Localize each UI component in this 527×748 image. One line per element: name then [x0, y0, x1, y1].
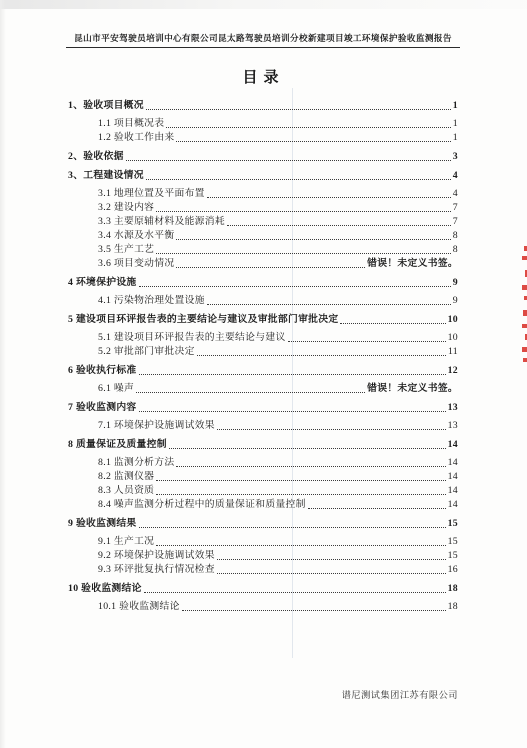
- header-title: 昆山市平安驾驶员培训中心有限公司昆太路驾驶员培训分校新建项目竣工环境保护验收监测…: [74, 33, 452, 43]
- dotted-leader: [169, 448, 446, 449]
- toc-entry-page: 1: [453, 99, 458, 113]
- toc-entry-page: 4: [453, 169, 458, 183]
- toc-entry-label: 3.3 主要原辅材料及能源消耗: [98, 215, 225, 229]
- dotted-leader: [217, 429, 446, 430]
- toc-entry: 3.6 项目变动情况 错误！未定义书签。: [68, 257, 458, 271]
- dotted-leader: [139, 286, 451, 287]
- page-header: 昆山市平安驾驶员培训中心有限公司昆太路驾驶员培训分校新建项目竣工环境保护验收监测…: [66, 33, 460, 48]
- toc-entry-page: 3: [453, 150, 458, 164]
- scan-artifact-top: [0, 0, 527, 9]
- toc-entry: 3.3 主要原辅材料及能源消耗 7: [68, 215, 458, 229]
- toc-entry-page: 8: [453, 243, 458, 257]
- toc-entry: 10.1 验收监测结论 18: [68, 600, 458, 614]
- toc-entry: 3.2 建设内容 7: [68, 201, 458, 215]
- toc-entry-page: 15: [448, 549, 458, 563]
- dotted-leader: [166, 127, 450, 128]
- toc-entry-page: 14: [448, 470, 458, 484]
- dotted-leader: [217, 559, 446, 560]
- toc-entry-label: 8.3 人员资质: [98, 484, 154, 498]
- toc-entry-page: 14: [448, 498, 458, 512]
- page-footer: 谱尼测试集团江苏有限公司: [68, 687, 458, 701]
- toc-entry-page: 18: [448, 582, 458, 596]
- toc-entry-label: 3、工程建设情况: [68, 169, 144, 183]
- dotted-leader: [207, 197, 451, 198]
- toc-entry-page: 16: [448, 563, 458, 577]
- toc-entry-label: 3.5 生产工艺: [98, 243, 154, 257]
- dotted-leader: [146, 179, 451, 180]
- dotted-leader: [156, 494, 445, 495]
- dotted-leader: [176, 239, 450, 240]
- dotted-leader: [308, 508, 446, 509]
- toc-entry: 8.1 监测分析方法 14: [68, 456, 458, 470]
- dotted-leader: [156, 480, 445, 481]
- toc-entry-label: 9 验收监测结果: [68, 517, 137, 531]
- toc-entry: 9.2 环境保护设施调试效果 15: [68, 549, 458, 563]
- toc-entry-label: 9.3 环评批复执行情况检查: [98, 563, 215, 577]
- toc-entry-label: 8.1 监测分析方法: [98, 456, 174, 470]
- toc-entry: 8.2 监测仪器 14: [68, 470, 458, 484]
- toc-entry-page: 15: [448, 517, 458, 531]
- toc-entry-page: 12: [448, 364, 458, 378]
- toc-entry: 3.4 水源及水平衡 8: [68, 229, 458, 243]
- dotted-leader: [126, 160, 451, 161]
- footer-company: 谱尼测试集团江苏有限公司: [342, 690, 458, 700]
- toc-entry-label: 4.1 污染物治理处置设施: [98, 294, 205, 308]
- toc-entry-page: 错误！未定义书签。: [367, 382, 458, 396]
- dotted-leader: [139, 374, 446, 375]
- toc-entry-page: 18: [448, 600, 458, 614]
- scan-artifact-left: [0, 0, 6, 748]
- dotted-leader: [144, 592, 446, 593]
- toc-entry-page: 1: [453, 131, 458, 145]
- toc-entry: 5 建设项目环评报告表的主要结论与建议及审批部门审批决定 10: [68, 313, 458, 327]
- dotted-leader: [197, 355, 446, 356]
- toc-entry-page: 10: [448, 313, 458, 327]
- toc-entry-label: 6 验收执行标准: [68, 364, 137, 378]
- toc-entry-label: 5.2 审批部门审批决定: [98, 345, 195, 359]
- toc-entry: 9.1 生产工况 15: [68, 535, 458, 549]
- toc-entry: 7.1 环境保护设施调试效果 13: [68, 419, 458, 433]
- toc-entry: 1、验收项目概况 1: [68, 99, 458, 113]
- dotted-leader: [156, 211, 451, 212]
- toc-entry: 2、验收依据 3: [68, 150, 458, 164]
- toc-entry-label: 3.6 项目变动情况: [98, 257, 174, 271]
- document-page: 昆山市平安驾驶员培训中心有限公司昆太路驾驶员培训分校新建项目竣工环境保护验收监测…: [0, 0, 527, 748]
- toc-entry-page: 9: [453, 276, 458, 290]
- toc-entry-label: 10.1 验收监测结论: [98, 600, 180, 614]
- dotted-leader: [207, 304, 451, 305]
- toc-entry-label: 9.1 生产工况: [98, 535, 154, 549]
- toc-entry-label: 7 验收监测内容: [68, 401, 137, 415]
- dotted-leader: [139, 527, 446, 528]
- toc-entry: 5.2 审批部门审批决定 11: [68, 345, 458, 359]
- toc-entry-page: 14: [448, 438, 458, 452]
- toc-entry: 3.1 地理位置及平面布置 4: [68, 187, 458, 201]
- dotted-leader: [136, 392, 365, 393]
- toc-entry-label: 1、验收项目概况: [68, 99, 144, 113]
- toc-entry-page: 7: [453, 201, 458, 215]
- toc-entry-label: 8 质量保证及质量控制: [68, 438, 167, 452]
- toc-entry-page: 14: [448, 456, 458, 470]
- toc-entry-label: 1.2 验收工作由来: [98, 131, 174, 145]
- toc-entry-label: 6.1 噪声: [98, 382, 134, 396]
- toc-entry: 10 验收监测结论 18: [68, 582, 458, 596]
- toc-entry: 8.3 人员资质 14: [68, 484, 458, 498]
- toc-entry: 3.5 生产工艺 8: [68, 243, 458, 257]
- dotted-leader: [156, 253, 451, 254]
- toc-entry-label: 3.1 地理位置及平面布置: [98, 187, 205, 201]
- toc-entry-label: 1.1 项目概况表: [98, 117, 164, 131]
- toc-entry: 5.1 建设项目环评报告表的主要结论与建议 10: [68, 331, 458, 345]
- toc-entry-label: 10 验收监测结论: [68, 582, 142, 596]
- toc-entry-label: 4 环境保护设施: [68, 276, 137, 290]
- toc-entry: 3、工程建设情况 4: [68, 169, 458, 183]
- dotted-leader: [217, 573, 446, 574]
- toc-entry-label: 9.2 环境保护设施调试效果: [98, 549, 215, 563]
- toc-entry: 1.2 验收工作由来 1: [68, 131, 458, 145]
- toc-entry: 9.3 环评批复执行情况检查 16: [68, 563, 458, 577]
- toc-entry-page: 1: [453, 117, 458, 131]
- toc-entry-label: 8.4 噪声监测分析过程中的质量保证和质量控制: [98, 498, 306, 512]
- toc-entry-label: 3.4 水源及水平衡: [98, 229, 174, 243]
- toc-entry: 6.1 噪声 错误！未定义书签。: [68, 382, 458, 396]
- page-title: 目录: [0, 66, 527, 87]
- dotted-leader: [340, 323, 445, 324]
- dotted-leader: [139, 411, 446, 412]
- dotted-leader: [288, 341, 446, 342]
- toc-entry-label: 5.1 建设项目环评报告表的主要结论与建议: [98, 331, 286, 345]
- dotted-leader: [182, 610, 446, 611]
- toc-entry-label: 8.2 监测仪器: [98, 470, 154, 484]
- toc-entry: 8 质量保证及质量控制 14: [68, 438, 458, 452]
- dotted-leader: [176, 466, 445, 467]
- toc-entry: 1.1 项目概况表 1: [68, 117, 458, 131]
- toc-entry-page: 9: [453, 294, 458, 308]
- toc-entry: 4.1 污染物治理处置设施 9: [68, 294, 458, 308]
- toc-entry-page: 14: [448, 484, 458, 498]
- dotted-leader: [227, 225, 451, 226]
- toc-list: 1、验收项目概况 1 1.1 项目概况表 1 1.2 验收工作由来 1 2、验收…: [68, 94, 458, 614]
- toc-entry-page: 13: [448, 419, 458, 433]
- toc-entry-page: 13: [448, 401, 458, 415]
- toc-entry-label: 7.1 环境保护设施调试效果: [98, 419, 215, 433]
- toc-entry-label: 2、验收依据: [68, 150, 124, 164]
- toc-entry-page: 4: [453, 187, 458, 201]
- dotted-leader: [146, 109, 451, 110]
- toc-entry-page: 10: [448, 331, 458, 345]
- toc-entry: 7 验收监测内容 13: [68, 401, 458, 415]
- toc-entry-page: 15: [448, 535, 458, 549]
- toc-entry: 8.4 噪声监测分析过程中的质量保证和质量控制 14: [68, 498, 458, 512]
- toc-entry: 6 验收执行标准 12: [68, 364, 458, 378]
- toc-entry-page: 7: [453, 215, 458, 229]
- dotted-leader: [176, 141, 450, 142]
- dotted-leader: [176, 267, 365, 268]
- red-edge-stamp: [520, 244, 527, 366]
- toc-entry-label: 5 建设项目环评报告表的主要结论与建议及审批部门审批决定: [68, 313, 338, 327]
- toc-entry-page: 错误！未定义书签。: [367, 257, 458, 271]
- toc-entry-label: 3.2 建设内容: [98, 201, 154, 215]
- toc-entry-page: 11: [448, 345, 458, 359]
- toc-entry: 4 环境保护设施 9: [68, 276, 458, 290]
- toc-entry-page: 8: [453, 229, 458, 243]
- toc-entry: 9 验收监测结果 15: [68, 517, 458, 531]
- dotted-leader: [156, 545, 445, 546]
